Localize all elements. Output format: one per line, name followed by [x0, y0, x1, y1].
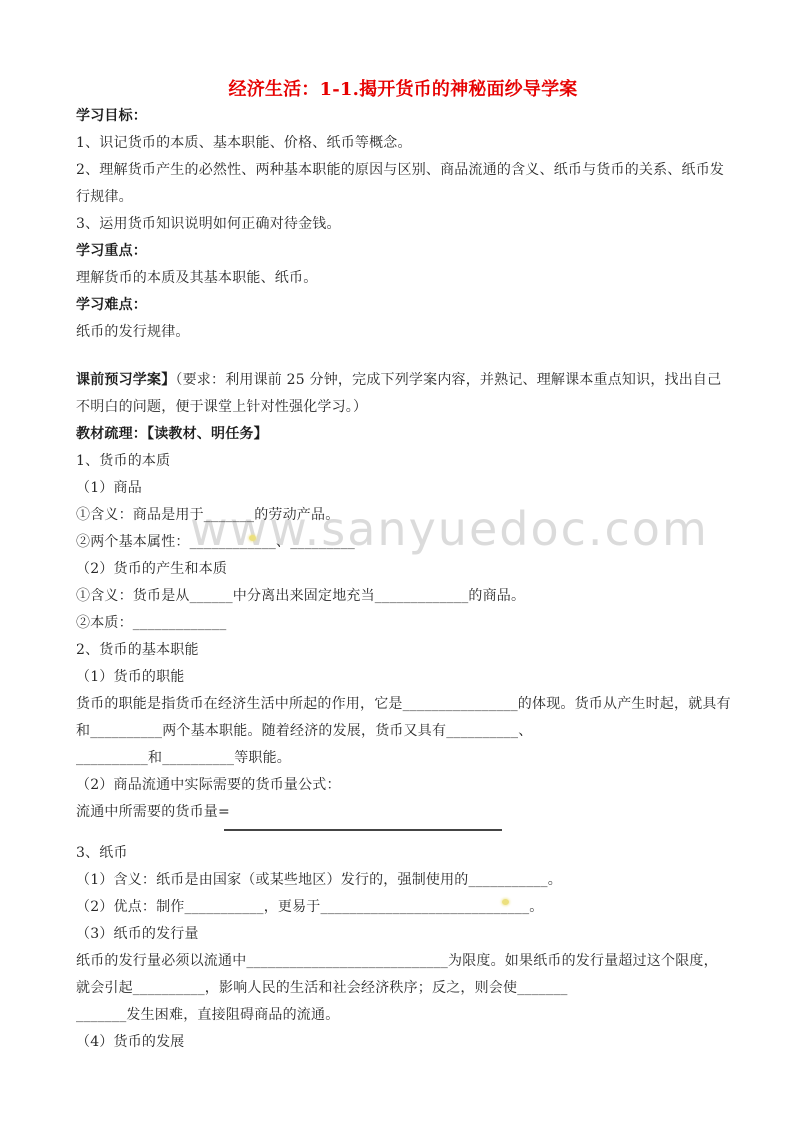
material-review-heading: 教材疏理：【读教材、明任务】	[76, 421, 730, 448]
section-1-title: 1、货币的本质	[76, 448, 730, 475]
formula-fraction-bar	[224, 829, 502, 831]
preview-heading: 课前预习学案】	[76, 372, 175, 388]
section-3-3-line-1: 纸币的发行量必须以流通中____________________________…	[76, 948, 730, 975]
objective-item-2-line-1: 2、理解货币产生的必然性、两种基本职能的原因与区别、商品流通的含义、纸币与货币的…	[76, 157, 730, 184]
section-1-1: （1）商品	[76, 475, 730, 502]
section-1-2-b: ②本质：_____________	[76, 610, 730, 637]
objective-item-3: 3、运用货币知识说明如何正确对待金钱。	[76, 211, 730, 238]
document-page: www.sanyuedoc.com 经济生活：1-1.揭开货币的神秘面纱导学案 …	[0, 0, 800, 1132]
section-3-3: （3）纸币的发行量	[76, 921, 730, 948]
section-2-1-line-3: __________和__________等职能。	[76, 745, 730, 772]
section-2-1-line-2: 和__________两个基本职能。随着经济的发展，货币又具有_________…	[76, 718, 730, 745]
highlight-dot-1	[249, 535, 256, 541]
highlight-dot-2	[502, 899, 509, 905]
document-content: 经济生活：1-1.揭开货币的神秘面纱导学案 学习目标： 1、识记货币的本质、基本…	[0, 0, 800, 1056]
key-points-heading: 学习重点：	[76, 238, 730, 265]
objective-item-1: 1、识记货币的本质、基本职能、价格、纸币等概念。	[76, 130, 730, 157]
difficulties-heading: 学习难点：	[76, 292, 730, 319]
formula-label: 流通中所需要的货币量=	[76, 799, 730, 826]
preview-requirements: （要求：利用课前 25 分钟，完成下列学案内容，并熟记、理解课本重点知识，找出自…	[175, 372, 721, 388]
objectives-heading: 学习目标：	[76, 103, 730, 130]
objective-item-2-line-2: 行规律。	[76, 184, 730, 211]
section-4-title: （4）货币的发展	[76, 1029, 730, 1056]
section-2-1: （1）货币的职能	[76, 664, 730, 691]
key-points-text: 理解货币的本质及其基本职能、纸币。	[76, 265, 730, 292]
difficulties-text: 纸币的发行规律。	[76, 319, 730, 346]
section-3-1: （1）含义：纸币是由国家（或某些地区）发行的，强制使用的___________。	[76, 867, 730, 894]
page-title: 经济生活：1-1.揭开货币的神秘面纱导学案	[76, 76, 730, 103]
preview-line-1: 课前预习学案】（要求：利用课前 25 分钟，完成下列学案内容，并熟记、理解课本重…	[76, 367, 730, 394]
section-2-title: 2、货币的基本职能	[76, 637, 730, 664]
section-1-2: （2）货币的产生和本质	[76, 556, 730, 583]
preview-line-2: 不明白的问题，便于课堂上针对性强化学习。）	[76, 394, 730, 421]
section-1-1-b: ②两个基本属性：____________、_________	[76, 529, 730, 556]
section-3-title: 3、纸币	[76, 840, 730, 867]
section-1-1-a: ①含义：商品是用于_______的劳动产品。	[76, 502, 730, 529]
section-2-1-line-1: 货币的职能是指货币在经济生活中所起的作用，它是________________的…	[76, 691, 730, 718]
section-3-3-line-3: _______发生困难，直接阻碍商品的流通。	[76, 1002, 730, 1029]
section-2-2: （2）商品流通中实际需要的货币量公式：	[76, 772, 730, 799]
section-3-2: （2）优点：制作___________，更易于_________________…	[76, 894, 730, 921]
section-1-2-a: ①含义：货币是从______中分离出来固定地充当_____________的商品…	[76, 583, 730, 610]
section-3-3-line-2: 就会引起__________，影响人民的生活和社会经济秩序；反之，则会使____…	[76, 975, 730, 1002]
